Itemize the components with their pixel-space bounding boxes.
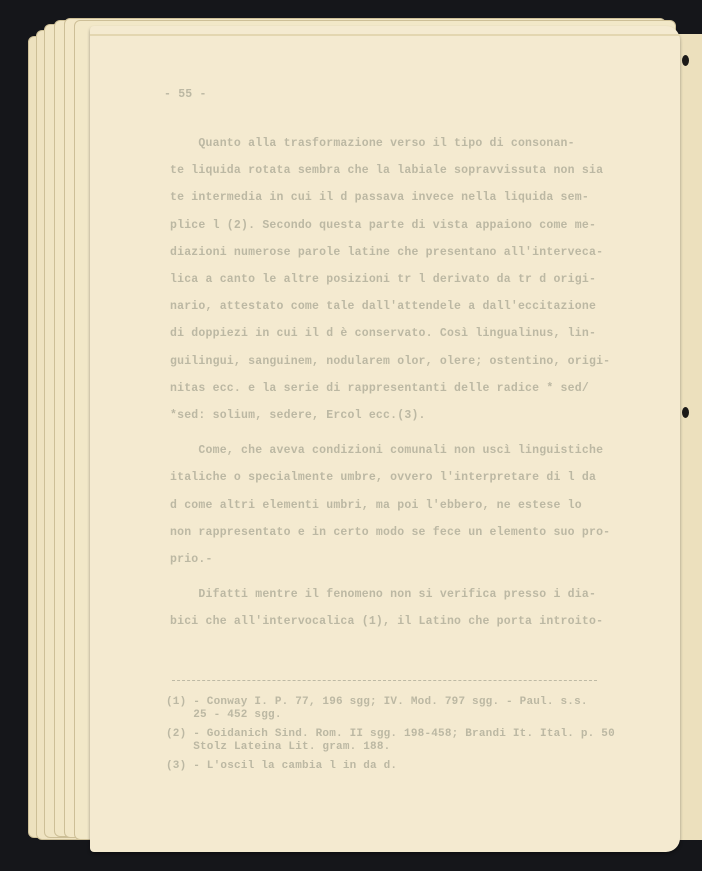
body-line: nitas ecc. e la serie di rappresentanti … bbox=[170, 375, 610, 402]
footnote-line: Stolz Lateina Lit. gram. 188. bbox=[166, 741, 615, 754]
binding-hole bbox=[682, 55, 689, 66]
body-line: d come altri elementi umbri, ma poi l'eb… bbox=[170, 492, 610, 519]
body-line: plice l (2). Secondo questa parte di vis… bbox=[170, 212, 610, 239]
footnote-line: (2) - Goidanich Sind. Rom. II sgg. 198-4… bbox=[166, 728, 615, 741]
body-line: *sed: solium, sedere, Ercol ecc.(3). bbox=[170, 402, 610, 429]
footnote-line: 25 - 452 sgg. bbox=[166, 709, 615, 722]
footnotes: (1) - Conway I. P. 77, 196 sgg; IV. Mod.… bbox=[166, 690, 615, 773]
body-line: di doppiezi in cui il d è conservato. Co… bbox=[170, 320, 610, 347]
body-line: prio.- bbox=[170, 546, 610, 573]
body-line: Come, che aveva condizioni comunali non … bbox=[170, 437, 610, 464]
body-line: non rappresentato e in certo modo se fec… bbox=[170, 519, 610, 546]
page-top-fold bbox=[90, 34, 680, 36]
body-line: te intermedia in cui il d passava invece… bbox=[170, 184, 610, 211]
footnote-separator bbox=[172, 680, 597, 681]
page-number: - 55 - bbox=[164, 88, 207, 101]
body-line: bici che all'intervocalica (1), il Latin… bbox=[170, 608, 610, 635]
body-line: Difatti mentre il fenomeno non si verifi… bbox=[170, 581, 610, 608]
body-line: italiche o specialmente umbre, ovvero l'… bbox=[170, 464, 610, 491]
body-line: nario, attestato come tale dall'attendel… bbox=[170, 293, 610, 320]
body-line: diazioni numerose parole latine che pres… bbox=[170, 239, 610, 266]
footnote-line: (1) - Conway I. P. 77, 196 sgg; IV. Mod.… bbox=[166, 696, 615, 709]
body-line: te liquida rotata sembra che la labiale … bbox=[170, 157, 610, 184]
body-line: guilingui, sanguinem, nodularem olor, ol… bbox=[170, 348, 610, 375]
body-line: Quanto alla trasformazione verso il tipo… bbox=[170, 130, 610, 157]
binding-hole bbox=[682, 407, 689, 418]
body-line: lica a canto le altre posizioni tr l der… bbox=[170, 266, 610, 293]
footnote-line: (3) - L'oscil la cambia l in da d. bbox=[166, 760, 615, 773]
body-text: Quanto alla trasformazione verso il tipo… bbox=[170, 130, 610, 636]
